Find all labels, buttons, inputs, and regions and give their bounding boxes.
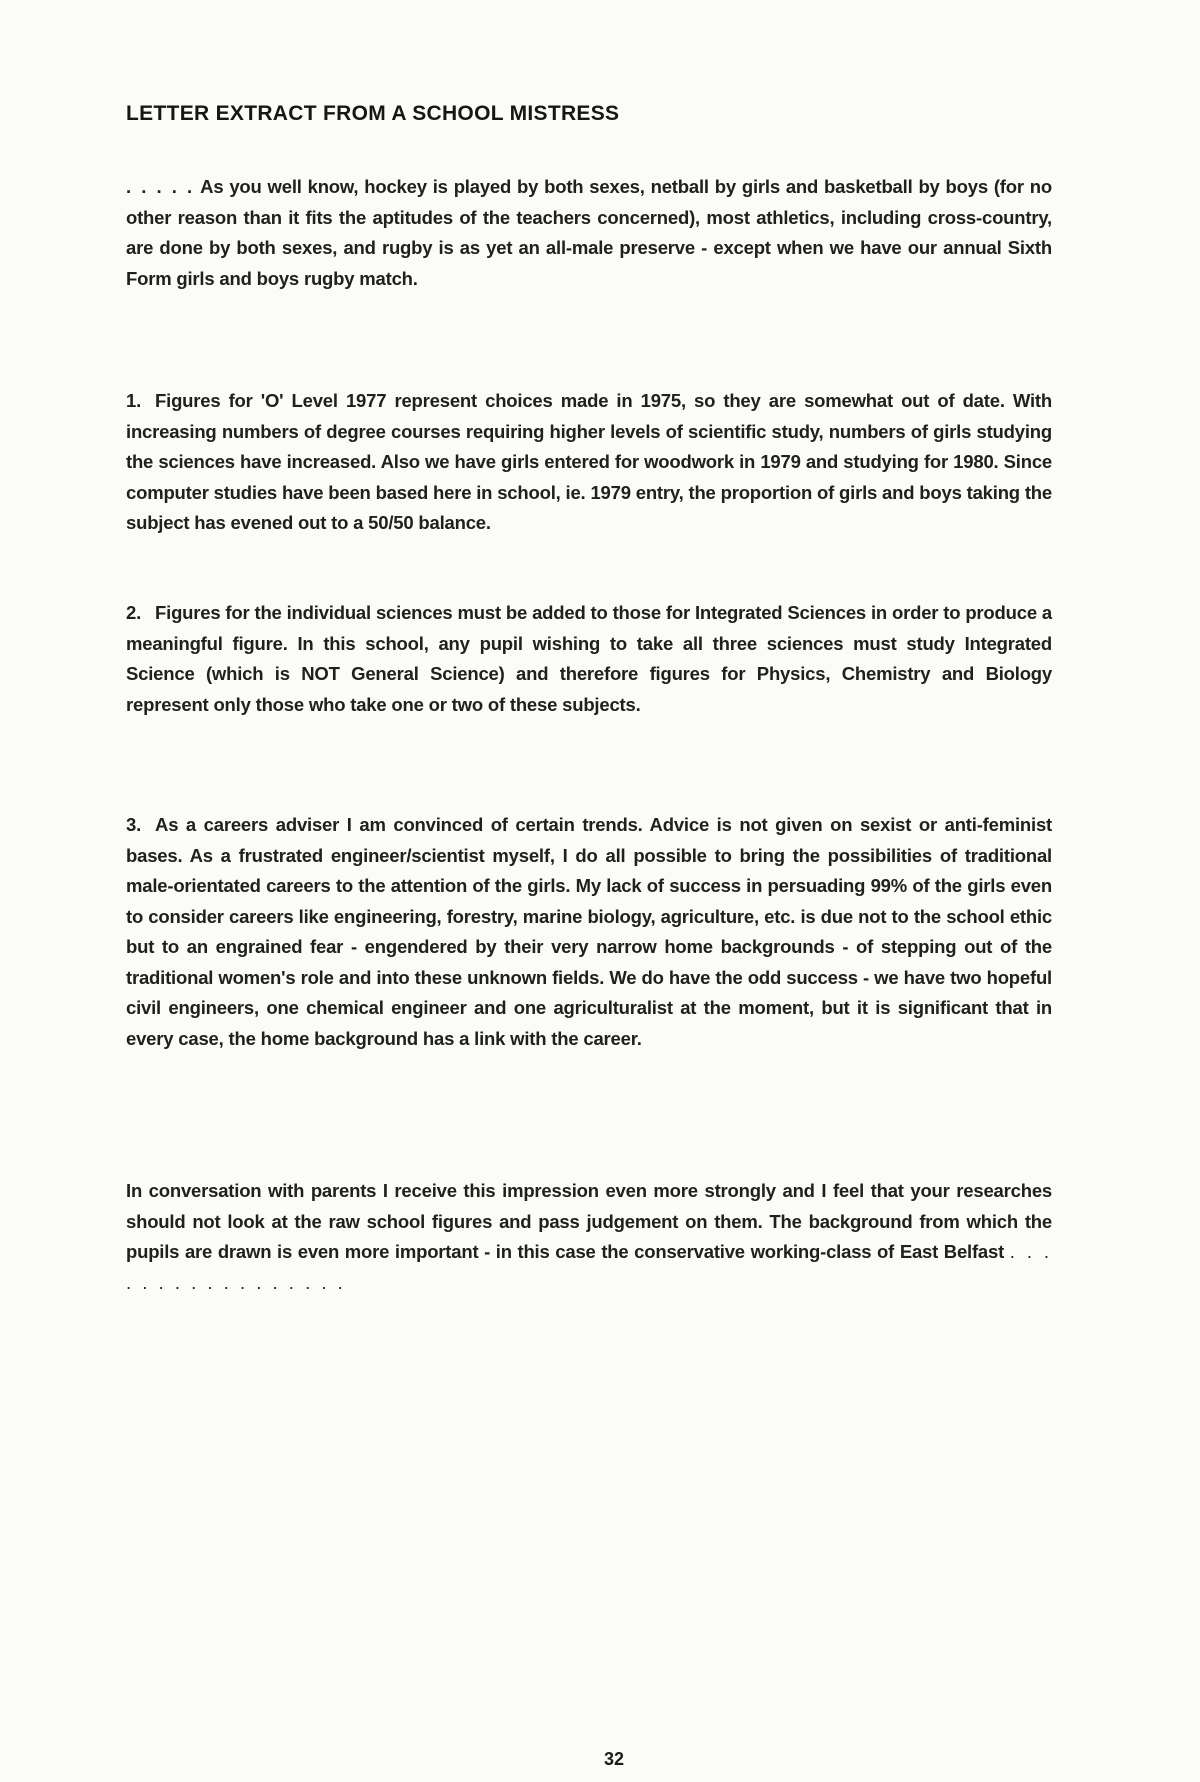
intro-paragraph: . . . . .As you well know, hockey is pla… — [126, 172, 1052, 294]
letter-heading: LETTER EXTRACT FROM A SCHOOL MISTRESS — [126, 102, 619, 126]
closing-text: In conversation with parents I receive t… — [126, 1180, 1052, 1262]
point-number: 3. — [126, 814, 141, 835]
document-page: LETTER EXTRACT FROM A SCHOOL MISTRESS . … — [0, 0, 1200, 1782]
point-paragraph-2: 2.Figures for the individual sciences mu… — [126, 598, 1052, 720]
point-paragraph-1: 1.Figures for 'O' Level 1977 represent c… — [126, 386, 1052, 539]
closing-paragraph: In conversation with parents I receive t… — [126, 1176, 1052, 1298]
point-number: 2. — [126, 602, 141, 623]
leading-ellipsis: . . . . . — [126, 176, 194, 197]
point-paragraph-3: 3.As a careers adviser I am convinced of… — [126, 810, 1052, 1054]
point-text: Figures for 'O' Level 1977 represent cho… — [126, 390, 1052, 533]
intro-text: As you well know, hockey is played by bo… — [126, 176, 1052, 289]
page-number: 32 — [604, 1749, 624, 1770]
point-text: Figures for the individual sciences must… — [126, 602, 1052, 715]
point-number: 1. — [126, 390, 141, 411]
point-text: As a careers adviser I am convinced of c… — [126, 814, 1052, 1049]
